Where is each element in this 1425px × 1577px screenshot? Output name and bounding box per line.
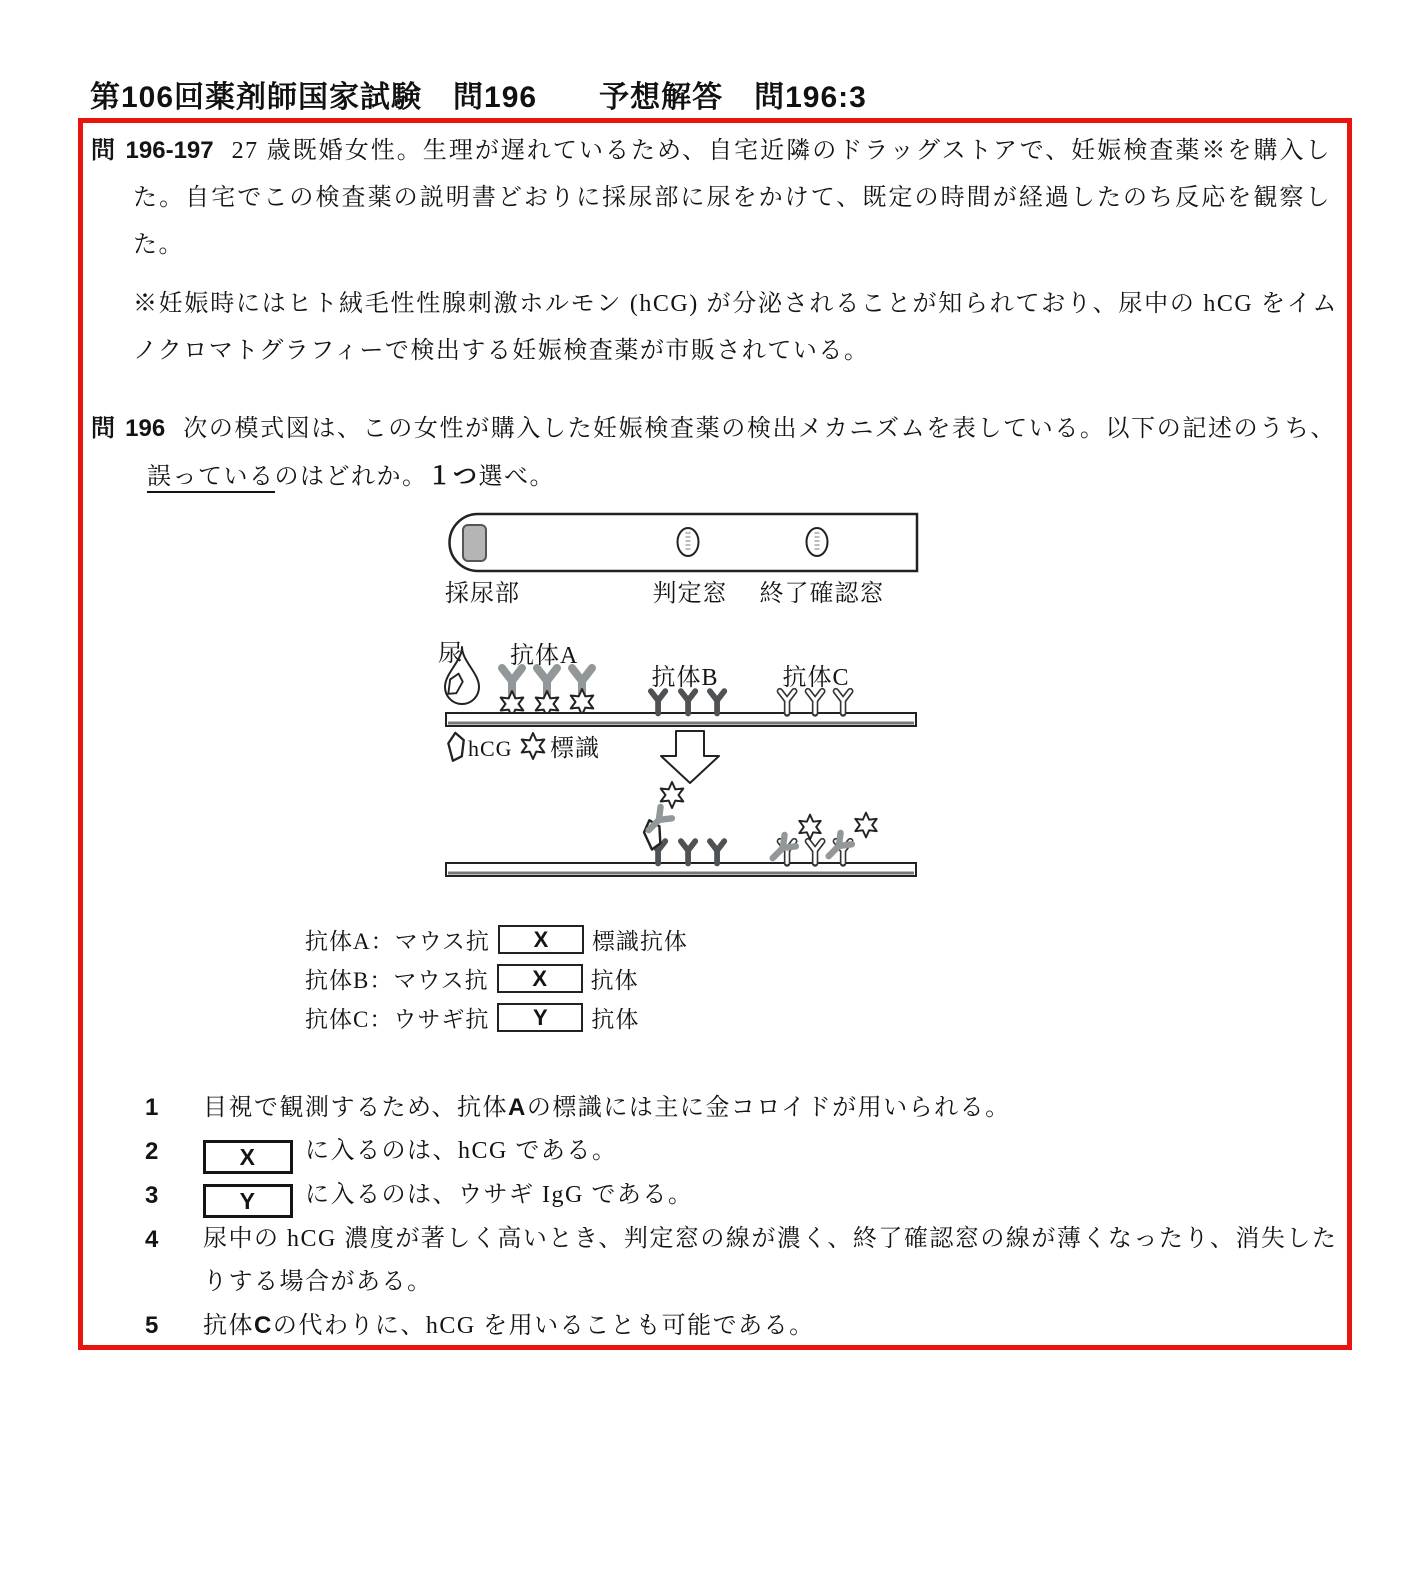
definition-prefix: 抗体C：ウサギ抗: [305, 1001, 489, 1034]
antibody-definitions: 抗体A：マウス抗 X 標識抗体 抗体B：マウス抗 X 抗体 抗体C：ウサギ抗 Y…: [305, 920, 688, 1037]
antibody-a-definition: 抗体A：マウス抗 X 標識抗体: [305, 920, 688, 959]
test-stick-diagram: 採尿部 判定窓 終了確認窓: [445, 511, 925, 611]
option-text: 尿中の hCG 濃度が著しく高いとき、判定窓の線が濃く、終了確認窓の線が薄くなっ…: [203, 1218, 1345, 1304]
question-number: 196: [125, 415, 165, 442]
bound-marker-star-icon: [855, 813, 876, 838]
question-frame: 問196-19727 歳既婚女性。生理が遅れているため、自宅近隣のドラッグストア…: [78, 118, 1352, 1350]
option-x-box: X: [203, 1140, 293, 1174]
options-list: 1 目視で観測するため、抗体Aの標識には主に金コロイドが用いられる。 2 Xに入…: [145, 1086, 1345, 1348]
bound-marker-star-icon: [661, 782, 684, 808]
definition-prefix: 抗体B：マウス抗: [305, 962, 489, 995]
antibody-b-group: [651, 691, 724, 713]
legend-marker-label: 標識: [550, 735, 600, 762]
antibody-b-icon: [681, 691, 695, 713]
option-number: 5: [145, 1304, 203, 1347]
end-confirm-window-label: 終了確認窓: [760, 580, 885, 607]
option-text-part: 抗体: [203, 1313, 254, 1339]
option-number: 2: [145, 1130, 203, 1173]
option-text: 目視で観測するため、抗体Aの標識には主に金コロイドが用いられる。: [203, 1086, 1011, 1130]
antibody-c-icon: [780, 691, 794, 713]
option-4: 4 尿中の hCG 濃度が著しく高いとき、判定窓の線が濃く、終了確認窓の線が薄く…: [145, 1218, 1345, 1304]
definition-prefix: 抗体A：マウス抗: [305, 923, 490, 956]
question-196-paragraph: 問196次の模式図は、この女性が購入した妊娠検査薬の検出メカニズムを表している。…: [91, 405, 1336, 501]
question-label: 問: [91, 415, 115, 442]
case-question-number: 196-197: [126, 137, 214, 164]
judgement-window-label: 判定窓: [653, 580, 728, 607]
antibody-b-icon: [651, 691, 665, 713]
mechanism-diagram: 尿 抗体A 抗体B 抗体C hCG 標識: [438, 635, 923, 913]
antibody-b-definition: 抗体B：マウス抗 X 抗体: [305, 959, 688, 998]
antibody-a-blank-box: X: [498, 925, 584, 954]
option-1: 1 目視で観測するため、抗体Aの標識には主に金コロイドが用いられる。: [145, 1086, 1345, 1130]
bound-marker-star-icon: [799, 815, 820, 840]
legend-hcg-pentagon-icon: [447, 732, 466, 761]
urine-label: 尿: [438, 641, 463, 667]
option-text: Xに入るのは、hCG である。: [203, 1130, 617, 1174]
down-arrow-icon: [661, 731, 719, 783]
antibody-b-label: 抗体B: [651, 664, 718, 691]
case-question-label: 問: [91, 137, 116, 164]
option-number: 4: [145, 1218, 203, 1261]
antibody-c-icon: [836, 691, 850, 713]
question-underlined-word: 誤っている: [147, 464, 275, 493]
question-text-after: のはどれか。: [275, 464, 428, 490]
legend-marker-star-icon: [522, 733, 545, 759]
question-emphasis: １つ: [428, 463, 479, 490]
page-title: 第106回薬剤師国家試験 問196 予想解答 問196:3: [90, 72, 867, 116]
option-5: 5 抗体Cの代わりに、hCG を用いることも可能である。: [145, 1304, 1345, 1348]
option-text-part: に入るのは、hCG である。: [305, 1138, 617, 1164]
urine-pad-label: 採尿部: [445, 580, 520, 607]
option-text: Yに入るのは、ウサギ IgG である。: [203, 1174, 693, 1218]
definition-suffix: 抗体: [591, 1001, 639, 1034]
option-bold-letter: A: [508, 1094, 527, 1121]
antibody-b-icon: [710, 691, 724, 713]
definition-suffix: 抗体: [591, 962, 639, 995]
urine-pad: [463, 525, 486, 561]
option-bold-letter: C: [254, 1312, 273, 1339]
option-3: 3 Yに入るのは、ウサギ IgG である。: [145, 1174, 1345, 1218]
option-text-part: に入るのは、ウサギ IgG である。: [305, 1182, 693, 1208]
result-antibody-b-group: [651, 841, 724, 863]
antibody-b-icon: [710, 841, 724, 863]
case-text: 27 歳既婚女性。生理が遅れているため、自宅近隣のドラッグストアで、妊娠検査薬※…: [133, 138, 1331, 258]
option-number: 1: [145, 1086, 203, 1129]
antibody-c-icon: [808, 841, 822, 863]
antibody-b-icon: [681, 841, 695, 863]
marker-star-icon: [571, 689, 594, 715]
antibody-b-blank-box: X: [497, 964, 583, 993]
option-y-box: Y: [203, 1184, 293, 1218]
definition-suffix: 標識抗体: [592, 923, 688, 956]
legend-hcg-label: hCG: [468, 736, 513, 761]
option-text: 抗体Cの代わりに、hCG を用いることも可能である。: [203, 1304, 815, 1348]
case-paragraph: 問196-19727 歳既婚女性。生理が遅れているため、自宅近隣のドラッグストア…: [91, 127, 1331, 269]
question-tail: 選べ。: [479, 464, 556, 490]
option-text-part: の代わりに、hCG を用いることも可能である。: [273, 1313, 815, 1339]
antibody-c-definition: 抗体C：ウサギ抗 Y 抗体: [305, 998, 688, 1037]
footnote-paragraph: ※妊娠時にはヒト絨毛性性腺刺激ホルモン (hCG) が分泌されることが知られてお…: [133, 281, 1338, 375]
antibody-c-blank-box: Y: [497, 1003, 583, 1032]
antibody-c-label: 抗体C: [782, 664, 849, 691]
option-text-part: 目視で観測するため、抗体: [203, 1095, 508, 1121]
question-text-before: 次の模式図は、この女性が購入した妊娠検査薬の検出メカニズムを表している。以下の記…: [183, 416, 1336, 442]
option-text-part: の標識には主に金コロイドが用いられる。: [527, 1095, 1011, 1121]
option-number: 3: [145, 1174, 203, 1217]
option-2: 2 Xに入るのは、hCG である。: [145, 1130, 1345, 1174]
antibody-c-group: [780, 691, 850, 713]
antibody-c-icon: [808, 691, 822, 713]
